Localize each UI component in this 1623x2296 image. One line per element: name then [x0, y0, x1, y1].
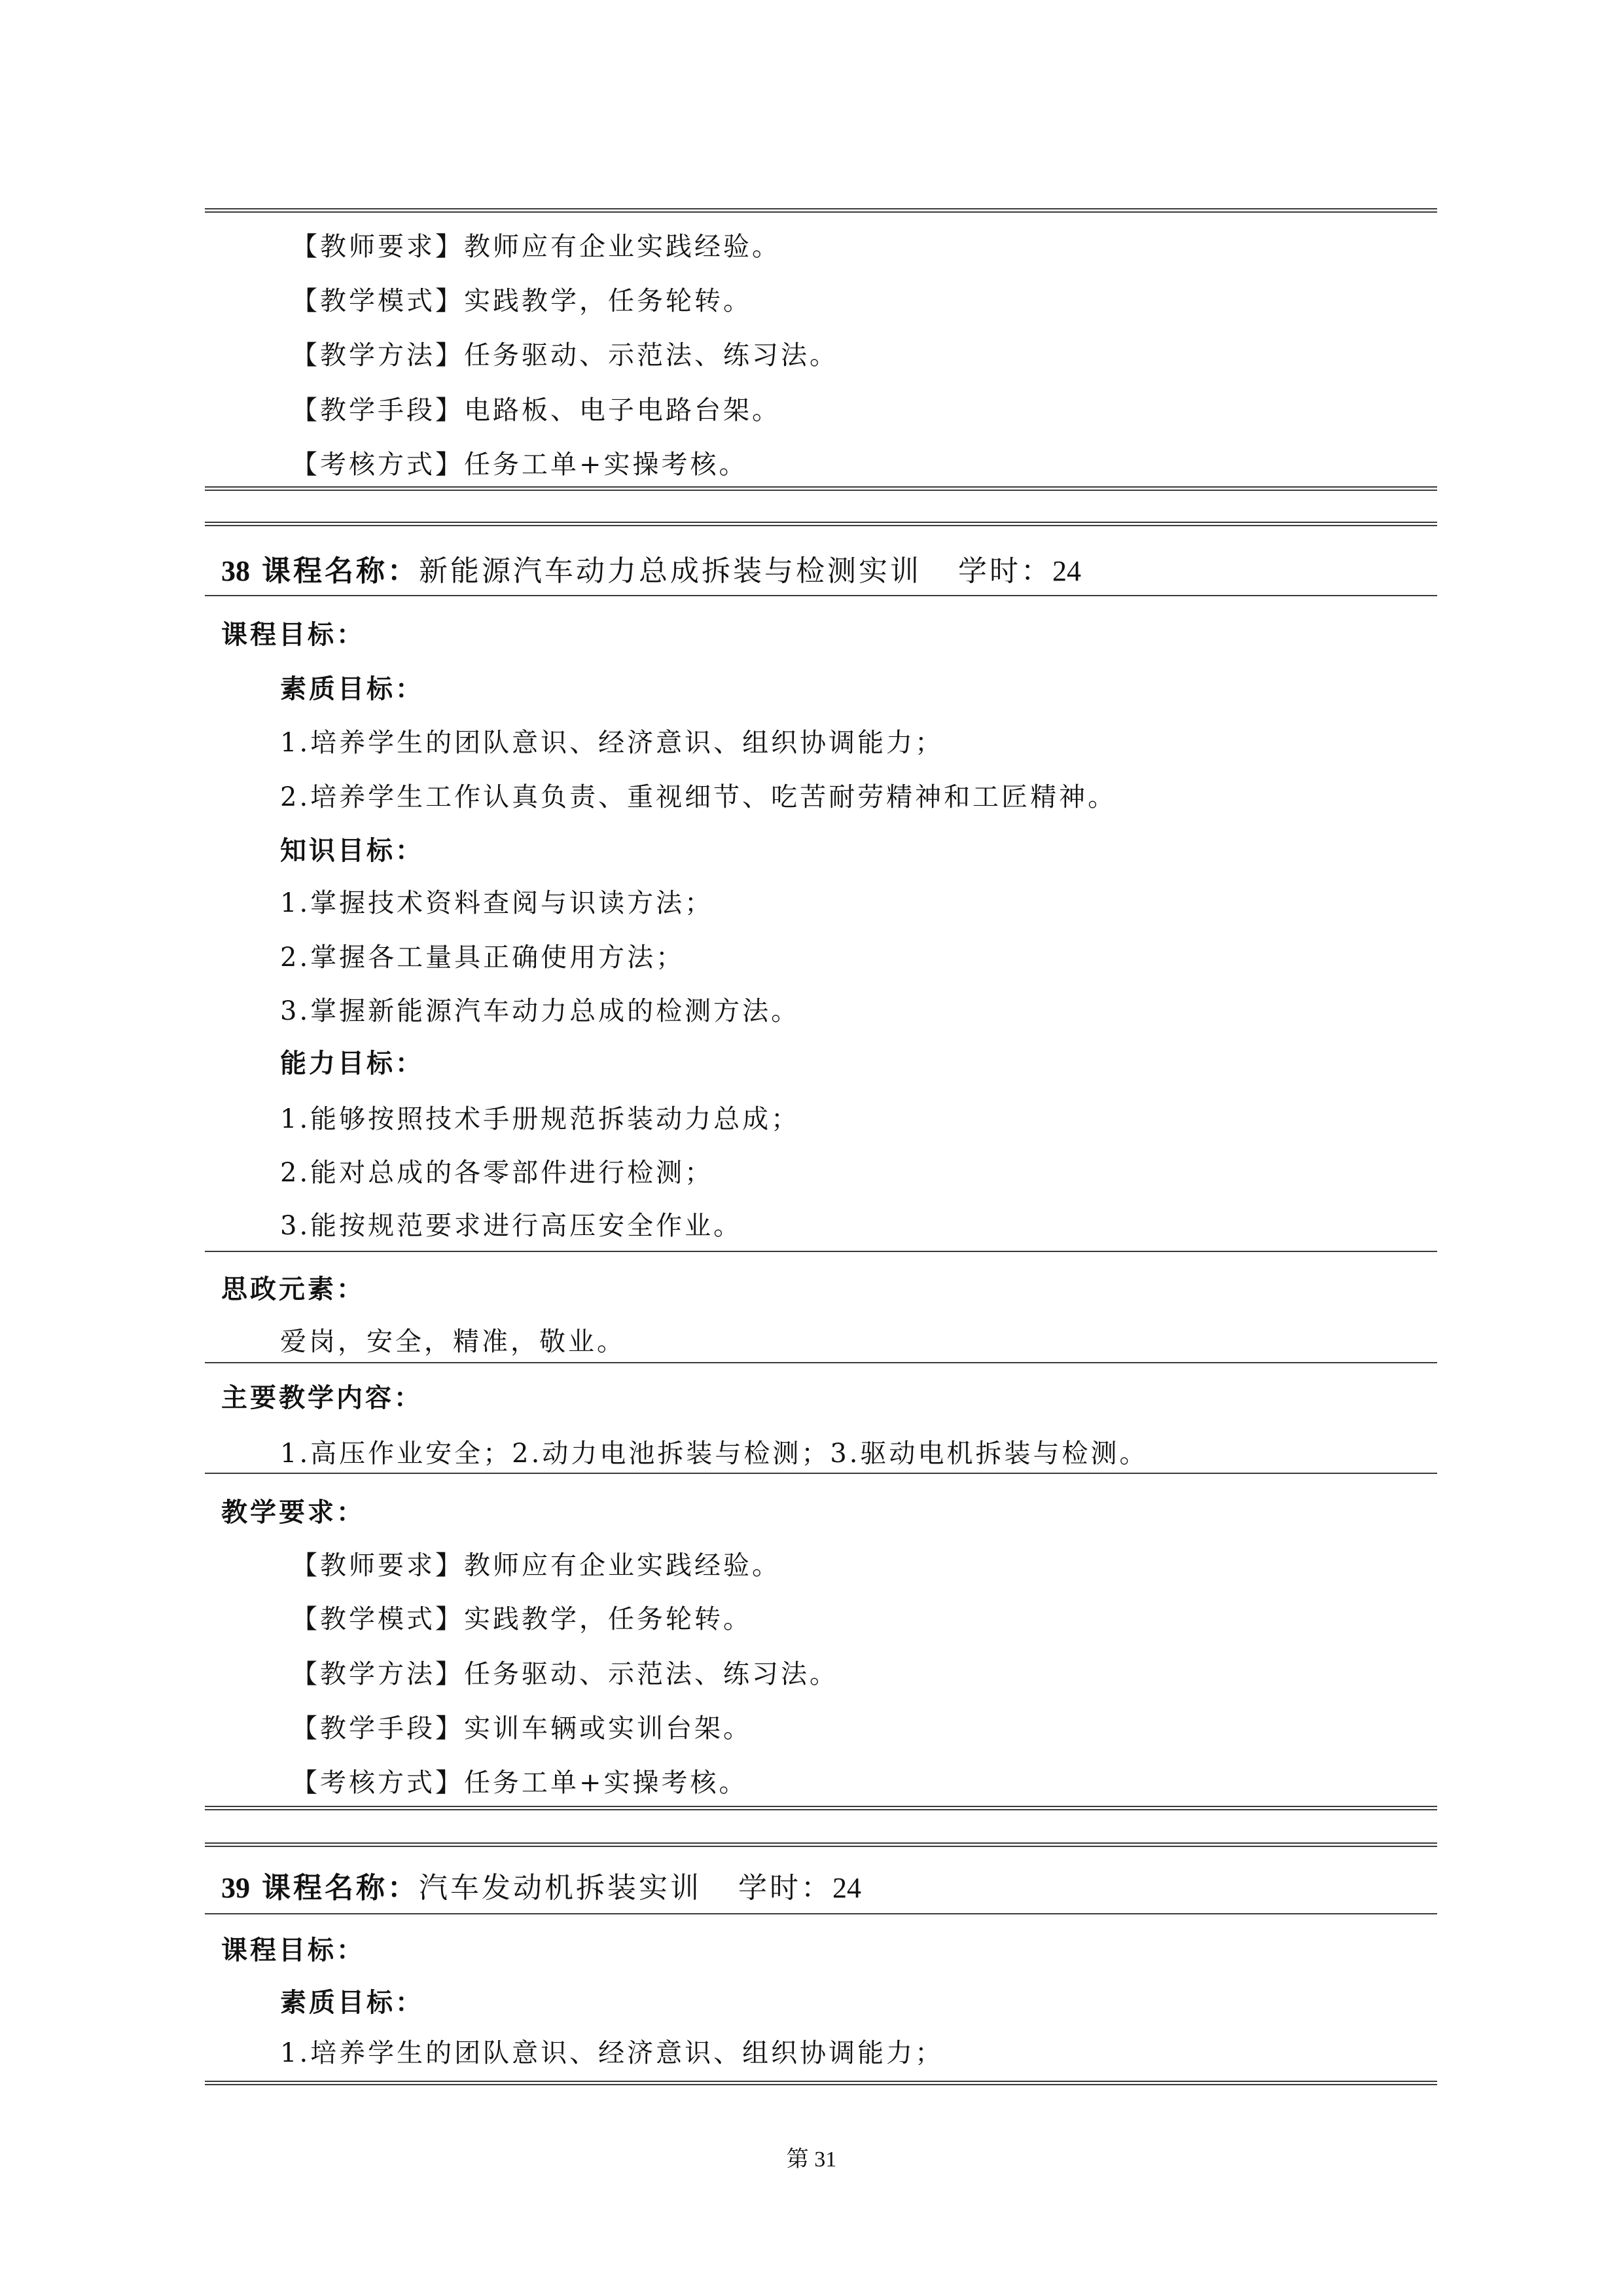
hours-label: 学时： — [958, 554, 1052, 588]
course-38-title: 38 课程名称：新能源汽车动力总成拆装与检测实训学时：24 — [221, 554, 1081, 589]
requirement-mode: 【教学模式】实践教学，任务轮转。 — [291, 1604, 752, 1635]
requirement-means: 【教学手段】电路板、电子电路台架。 — [291, 395, 781, 426]
quality-item: 2.培养学生工作认真负责、重视细节、吃苦耐劳精神和工匠精神。 — [280, 781, 1116, 813]
ability-item: 1.能够按照技术手册规范拆装动力总成； — [280, 1103, 800, 1135]
rule — [205, 1362, 1437, 1363]
hours-value: 24 — [1052, 555, 1081, 587]
rule — [205, 595, 1437, 596]
double-rule — [205, 522, 1437, 526]
rule — [205, 1913, 1437, 1914]
quality-item: 1.培养学生的团队意识、经济意识、组织协调能力； — [280, 2037, 944, 2069]
rule — [205, 1473, 1437, 1474]
objectives-heading: 课程目标： — [221, 1935, 365, 1966]
course-name: 汽车发动机拆装实训 — [419, 1871, 702, 1905]
ability-item: 3.能按规范要求进行高压安全作业。 — [280, 1210, 742, 1242]
content-text: 1.高压作业安全；2.动力电池拆装与检测；3.驱动电机拆装与检测。 — [280, 1438, 1149, 1469]
requirement-mode: 【教学模式】实践教学，任务轮转。 — [291, 285, 752, 317]
quality-heading: 素质目标： — [280, 673, 424, 705]
requirement-method: 【教学方法】任务驱动、示范法、练习法。 — [291, 1659, 838, 1690]
requirement-assessment: 【考核方式】任务工单+实操考核。 — [291, 449, 748, 480]
requirement-means: 【教学手段】实训车辆或实训台架。 — [291, 1713, 752, 1744]
knowledge-item: 2.掌握各工量具正确使用方法； — [280, 942, 685, 973]
course-name-label: 课程名称： — [262, 554, 419, 588]
double-rule — [205, 1806, 1437, 1810]
ability-heading: 能力目标： — [280, 1048, 424, 1079]
hours-label: 学时： — [738, 1871, 832, 1905]
requirements-heading: 教学要求： — [221, 1497, 365, 1528]
ideology-heading: 思政元素： — [221, 1274, 365, 1305]
double-rule — [205, 1842, 1437, 1847]
double-rule — [205, 208, 1437, 213]
requirement-teacher: 【教师要求】教师应有企业实践经验。 — [291, 231, 781, 262]
page-number: 第 31 — [0, 2147, 1623, 2173]
knowledge-item: 3.掌握新能源汽车动力总成的检测方法。 — [280, 996, 800, 1027]
course-name: 新能源汽车动力总成拆装与检测实训 — [419, 554, 921, 588]
hours-value: 24 — [832, 1872, 861, 1904]
course-number: 38 — [221, 555, 250, 587]
objectives-heading: 课程目标： — [221, 619, 365, 651]
knowledge-heading: 知识目标： — [280, 835, 424, 867]
requirement-method: 【教学方法】任务驱动、示范法、练习法。 — [291, 340, 838, 371]
rule — [205, 1251, 1437, 1252]
course-39-title: 39 课程名称：汽车发动机拆装实训学时：24 — [221, 1871, 861, 1906]
double-rule — [205, 486, 1437, 491]
quality-item: 1.培养学生的团队意识、经济意识、组织协调能力； — [280, 727, 944, 759]
requirement-assessment: 【考核方式】任务工单+实操考核。 — [291, 1767, 748, 1799]
course-number: 39 — [221, 1872, 250, 1904]
content-heading: 主要教学内容： — [221, 1382, 423, 1414]
double-rule — [205, 2081, 1437, 2085]
ideology-text: 爱岗，安全，精准，敬业。 — [280, 1326, 626, 1357]
course-name-label: 课程名称： — [262, 1871, 419, 1905]
ability-item: 2.能对总成的各零部件进行检测； — [280, 1157, 713, 1189]
document-page: 【教师要求】教师应有企业实践经验。 【教学模式】实践教学，任务轮转。 【教学方法… — [0, 0, 1623, 2296]
requirement-teacher: 【教师要求】教师应有企业实践经验。 — [291, 1550, 781, 1581]
quality-heading: 素质目标： — [280, 1987, 424, 2018]
knowledge-item: 1.掌握技术资料查阅与识读方法； — [280, 888, 713, 919]
